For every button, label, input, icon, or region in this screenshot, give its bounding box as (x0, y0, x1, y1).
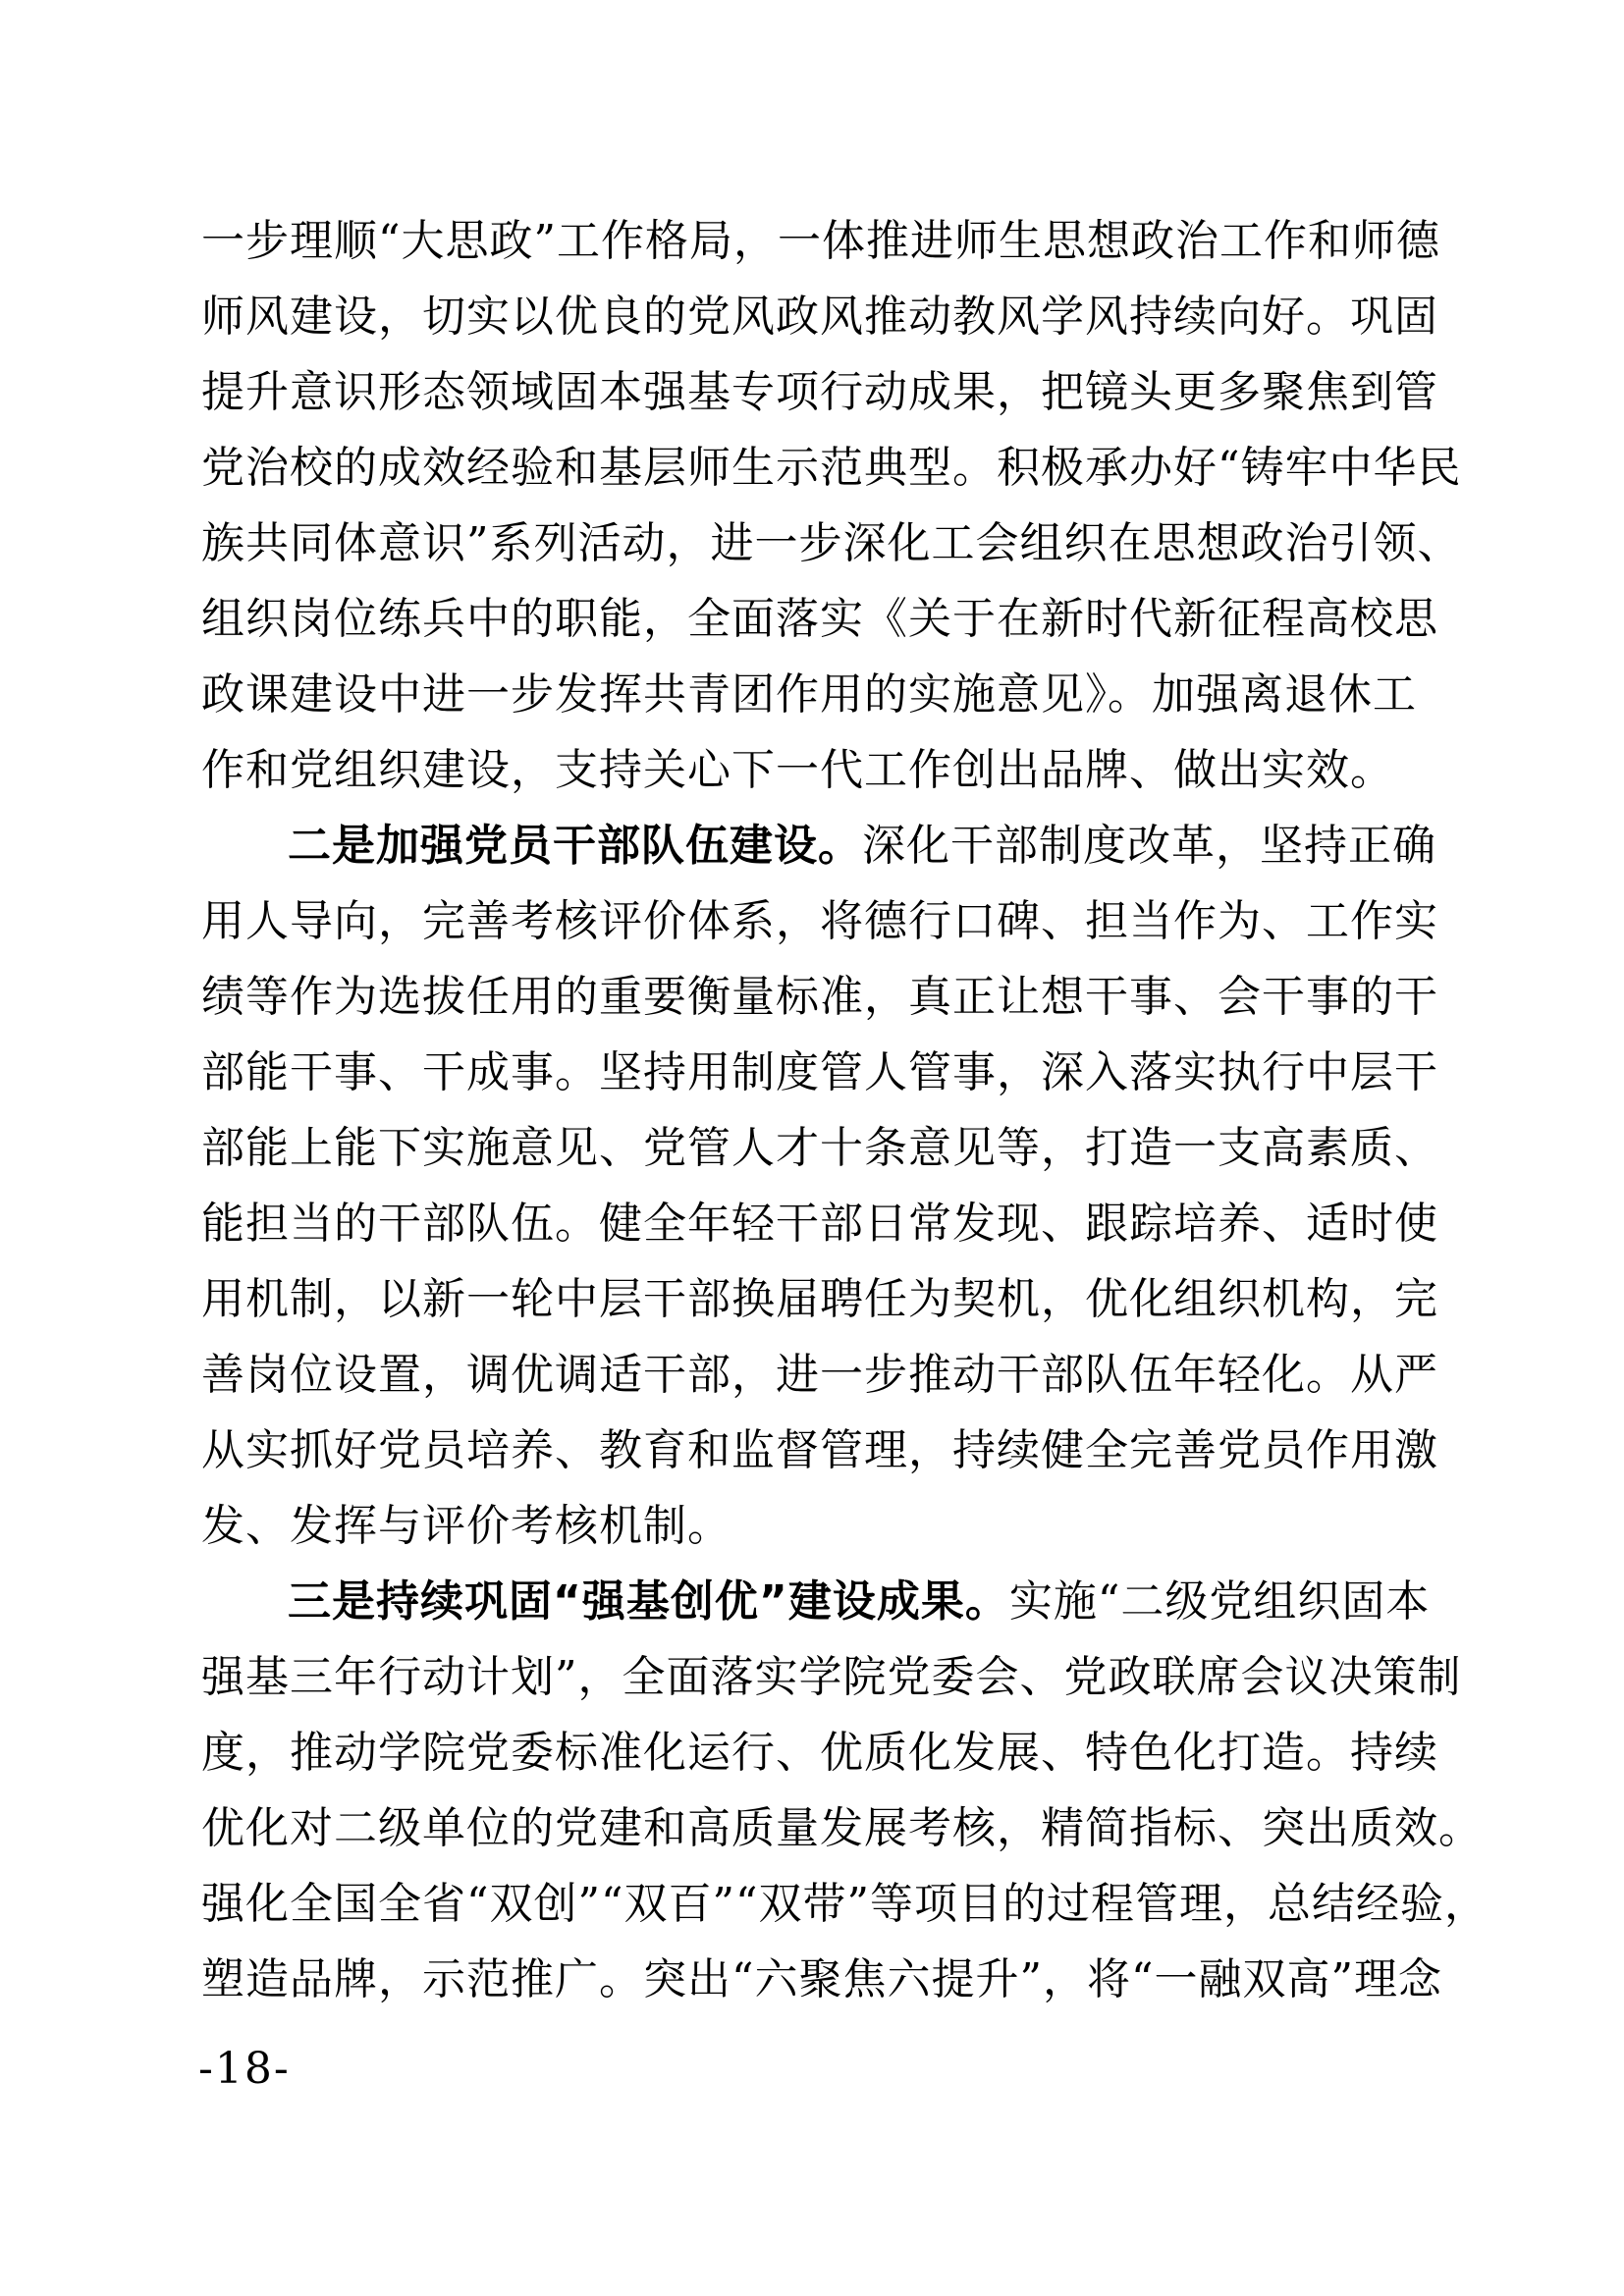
line-text: 能担当的干部队伍。健全年轻干部日常发现、跟踪培养、适时使 (201, 1199, 1438, 1249)
text-line: 提升意识形态领域固本强基专项行动成果，把镜头更多聚焦到管 (201, 354, 1417, 430)
line-text: 度，推动学院党委标准化运行、优质化发展、特色化打造。持续 (201, 1728, 1438, 1778)
text-line: 用人导向，完善考核评价体系，将德行口碑、担当作为、工作实 (201, 883, 1417, 959)
body-text: 一步理顺“大思政”工作格局，一体推进师生思想政治工作和师德 师风建设，切实以优良… (201, 203, 1417, 2017)
text-line-paragraph-two-start: 二是加强党员干部队伍建设。深化干部制度改革，坚持正确 (201, 808, 1417, 883)
text-line: 部能干事、干成事。坚持用制度管人管事，深入落实执行中层干 (201, 1035, 1417, 1110)
text-line: 强化全国全省“双创”“双百”“双带”等项目的过程管理，总结经验， (201, 1866, 1417, 1942)
text-line: 用机制，以新一轮中层干部换届聘任为契机，优化组织机构，完 (201, 1261, 1417, 1337)
text-line-paragraph-three-start: 三是持续巩固“强基创优”建设成果。实施“二级党组织固本 (201, 1564, 1417, 1639)
line-text: 提升意识形态领域固本强基专项行动成果，把镜头更多聚焦到管 (201, 367, 1438, 417)
line-text: 塑造品牌，示范推广。突出“六聚焦六提升”，将“一融双高”理念 (201, 1954, 1442, 2004)
paragraph-three-heading: 三是持续巩固“强基创优”建设成果。 (288, 1576, 1009, 1627)
line-text: 深化干部制度改革，坚持正确 (862, 821, 1436, 871)
line-text: 组织岗位练兵中的职能，全面落实《关于在新时代新征程高校思 (201, 594, 1438, 644)
text-line: 能担当的干部队伍。健全年轻干部日常发现、跟踪培养、适时使 (201, 1186, 1417, 1261)
line-text: 作和党组织建设，支持关心下一代工作创出品牌、做出实效。 (201, 745, 1394, 795)
line-text: 发、发挥与评价考核机制。 (201, 1501, 731, 1551)
text-line: 政课建设中进一步发挥共青团作用的实施意见》。加强离退休工 (201, 657, 1417, 732)
text-line: 组织岗位练兵中的职能，全面落实《关于在新时代新征程高校思 (201, 581, 1417, 657)
page-number: -18- (198, 2048, 291, 2091)
line-text: 用机制，以新一轮中层干部换届聘任为契机，优化组织机构，完 (201, 1274, 1438, 1324)
text-line: 部能上能下实施意见、党管人才十条意见等，打造一支高素质、 (201, 1110, 1417, 1186)
text-line: 善岗位设置，调优调适干部，进一步推动干部队伍年轻化。从严 (201, 1337, 1417, 1413)
text-line: 优化对二级单位的党建和高质量发展考核，精简指标、突出质效。 (201, 1790, 1417, 1866)
text-line: 度，推动学院党委标准化运行、优质化发展、特色化打造。持续 (201, 1715, 1417, 1790)
paragraph-two-heading: 二是加强党员干部队伍建设。 (288, 821, 862, 871)
document-page: 一步理顺“大思政”工作格局，一体推进师生思想政治工作和师德 师风建设，切实以优良… (0, 0, 1624, 2296)
line-text: 族共同体意识”系列活动，进一步深化工会组织在思想政治引领、 (201, 518, 1462, 568)
text-line: 绩等作为选拔任用的重要衡量标准，真正让想干事、会干事的干 (201, 959, 1417, 1035)
line-text: 实施“二级党组织固本 (1009, 1576, 1431, 1627)
line-text: 强化全国全省“双创”“双百”“双带”等项目的过程管理，总结经验， (201, 1879, 1489, 1929)
line-text: 优化对二级单位的党建和高质量发展考核，精简指标、突出质效。 (201, 1803, 1483, 1853)
text-line: 发、发挥与评价考核机制。 (201, 1488, 1417, 1564)
line-text: 从实抓好党员培养、教育和监督管理，持续健全完善党员作用激 (201, 1425, 1438, 1475)
line-text: 师风建设，切实以优良的党风政风推动教风学风持续向好。巩固 (201, 292, 1438, 342)
line-text: 强基三年行动计划”，全面落实学院党委会、党政联席会议决策制 (201, 1652, 1462, 1702)
line-text: 政课建设中进一步发挥共青团作用的实施意见》。加强离退休工 (201, 669, 1417, 720)
line-text: 党治校的成效经验和基层师生示范典型。积极承办好“铸牢中华民 (201, 443, 1462, 493)
text-line: 族共同体意识”系列活动，进一步深化工会组织在思想政治引领、 (201, 506, 1417, 581)
line-text: 用人导向，完善考核评价体系，将德行口碑、担当作为、工作实 (201, 896, 1438, 946)
line-text: 一步理顺“大思政”工作格局，一体推进师生思想政治工作和师德 (201, 216, 1440, 266)
text-line: 作和党组织建设，支持关心下一代工作创出品牌、做出实效。 (201, 732, 1417, 808)
text-line: 党治校的成效经验和基层师生示范典型。积极承办好“铸牢中华民 (201, 430, 1417, 506)
text-line: 强基三年行动计划”，全面落实学院党委会、党政联席会议决策制 (201, 1639, 1417, 1715)
text-line: 塑造品牌，示范推广。突出“六聚焦六提升”，将“一融双高”理念 (201, 1942, 1417, 2017)
line-text: 部能上能下实施意见、党管人才十条意见等，打造一支高素质、 (201, 1123, 1438, 1173)
text-line: 师风建设，切实以优良的党风政风推动教风学风持续向好。巩固 (201, 279, 1417, 354)
line-text: 善岗位设置，调优调适干部，进一步推动干部队伍年轻化。从严 (201, 1350, 1438, 1400)
text-line: 一步理顺“大思政”工作格局，一体推进师生思想政治工作和师德 (201, 203, 1417, 279)
text-line: 从实抓好党员培养、教育和监督管理，持续健全完善党员作用激 (201, 1413, 1417, 1488)
line-text: 部能干事、干成事。坚持用制度管人管事，深入落实执行中层干 (201, 1047, 1438, 1097)
line-text: 绩等作为选拔任用的重要衡量标准，真正让想干事、会干事的干 (201, 972, 1438, 1022)
